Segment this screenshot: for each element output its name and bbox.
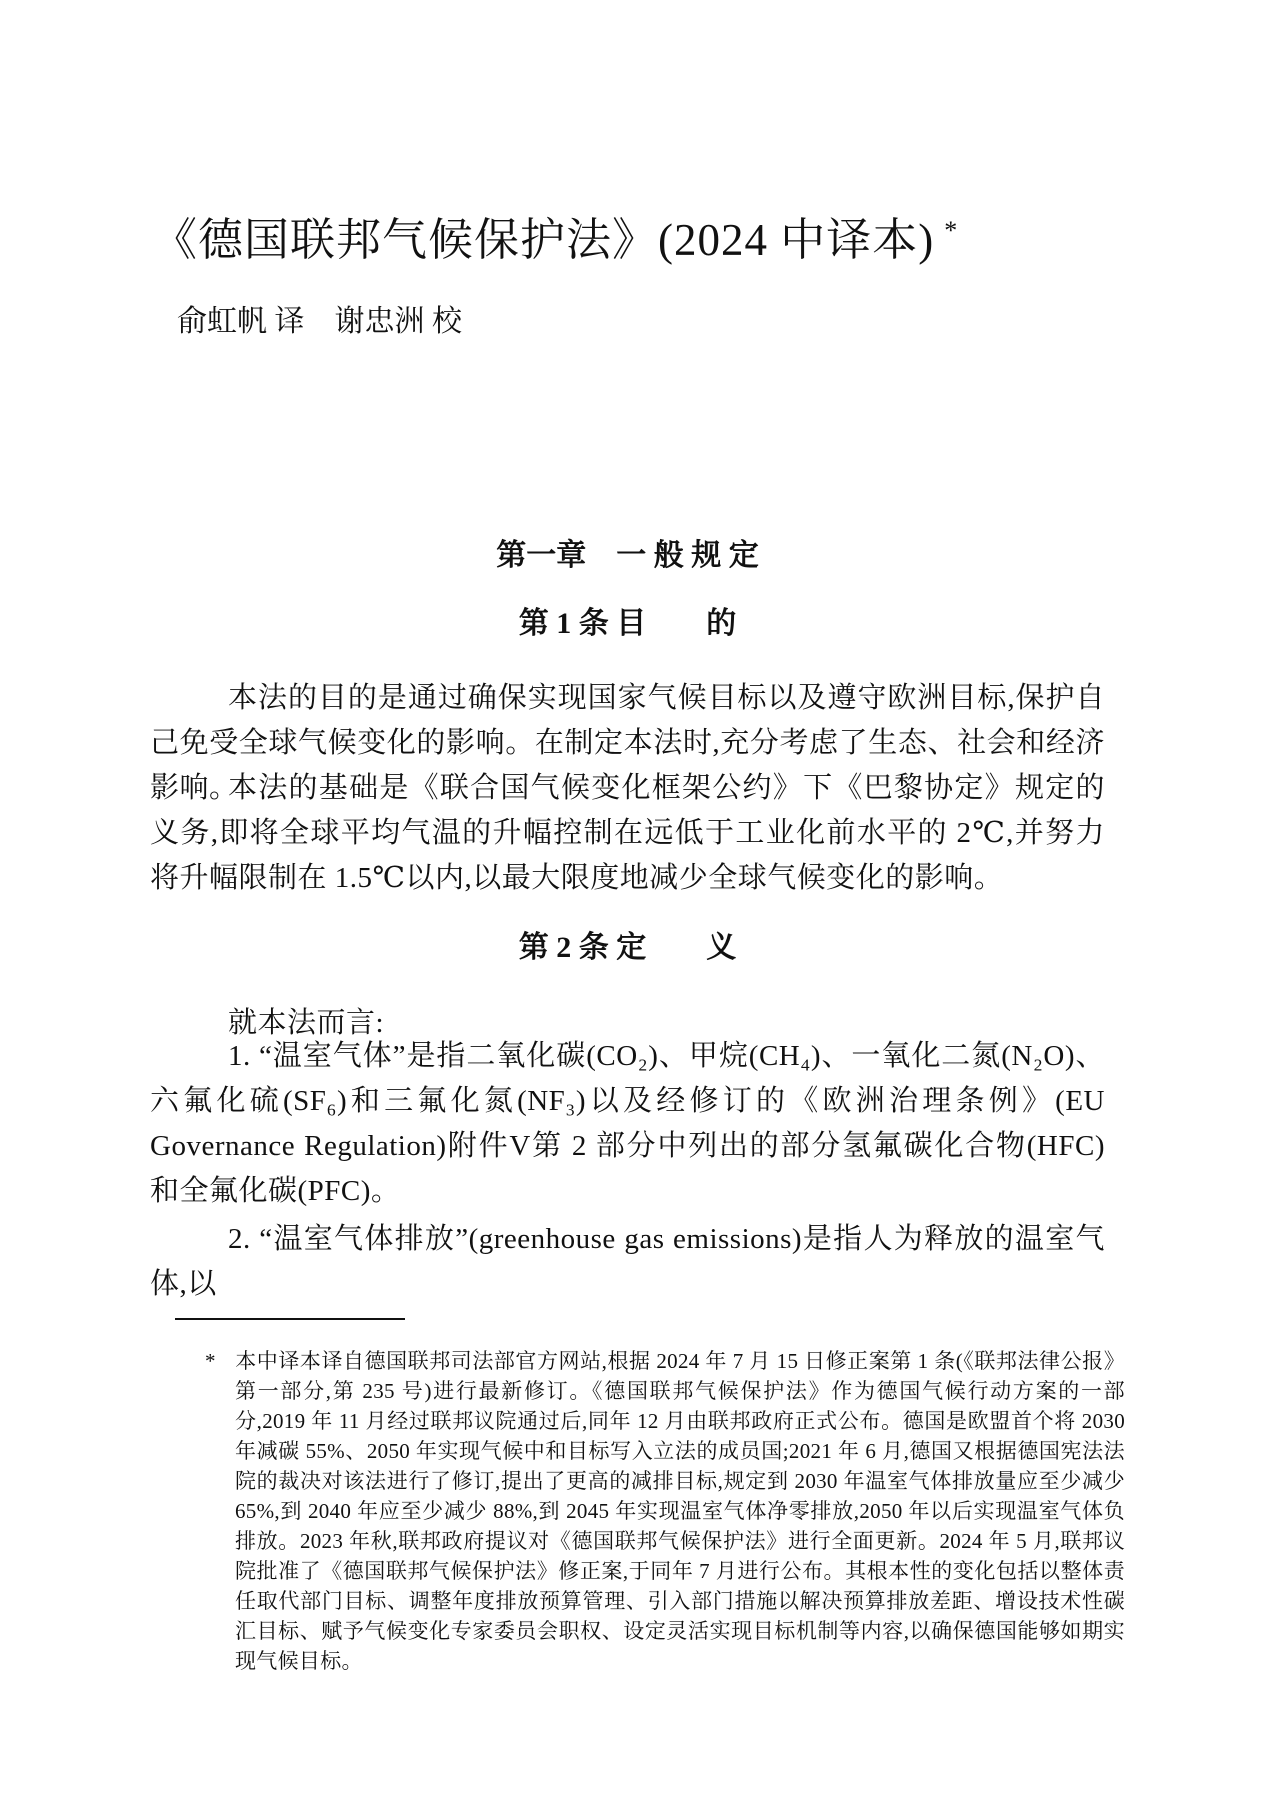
footnote-text: 本中译本译自德国联邦司法部官方网站,根据 2024 年 7 月 15 日修正案第… — [235, 1349, 1125, 1673]
document-page: 《德国联邦气候保护法》(2024 中译本)* 俞虹帆 译 谢忠洲 校 第一章 一… — [0, 0, 1269, 1804]
article-2-item-1: 1. “温室气体”是指二氧化碳(CO₂)、甲烷(CH₄)、一氧化二氮(N₂O)、… — [150, 1034, 1105, 1214]
chapter-heading: 第一章 一 般 规 定 — [150, 539, 1105, 572]
footnote: *本中译本译自德国联邦司法部官方网站,根据 2024 年 7 月 15 日修正案… — [205, 1346, 1125, 1676]
footnote-separator-rule — [175, 1318, 405, 1320]
article-1-heading: 第 1 条 目 的 — [150, 607, 1105, 640]
article-1-paragraph-2: 本法的基础是《联合国气候变化框架公约》下《巴黎协定》规定的义务,即将全球平均气温… — [150, 766, 1105, 901]
title-footnote-marker: * — [944, 216, 958, 245]
article-2-item-2: 2. “温室气体排放”(greenhouse gas emissions)是指人… — [150, 1217, 1105, 1307]
document-title: 《德国联邦气候保护法》(2024 中译本)* — [152, 216, 958, 266]
footnote-marker: * — [205, 1346, 235, 1376]
article-2-heading: 第 2 条 定 义 — [150, 931, 1105, 964]
byline: 俞虹帆 译 谢忠洲 校 — [177, 305, 462, 338]
document-title-text: 《德国联邦气候保护法》(2024 中译本) — [152, 215, 934, 265]
